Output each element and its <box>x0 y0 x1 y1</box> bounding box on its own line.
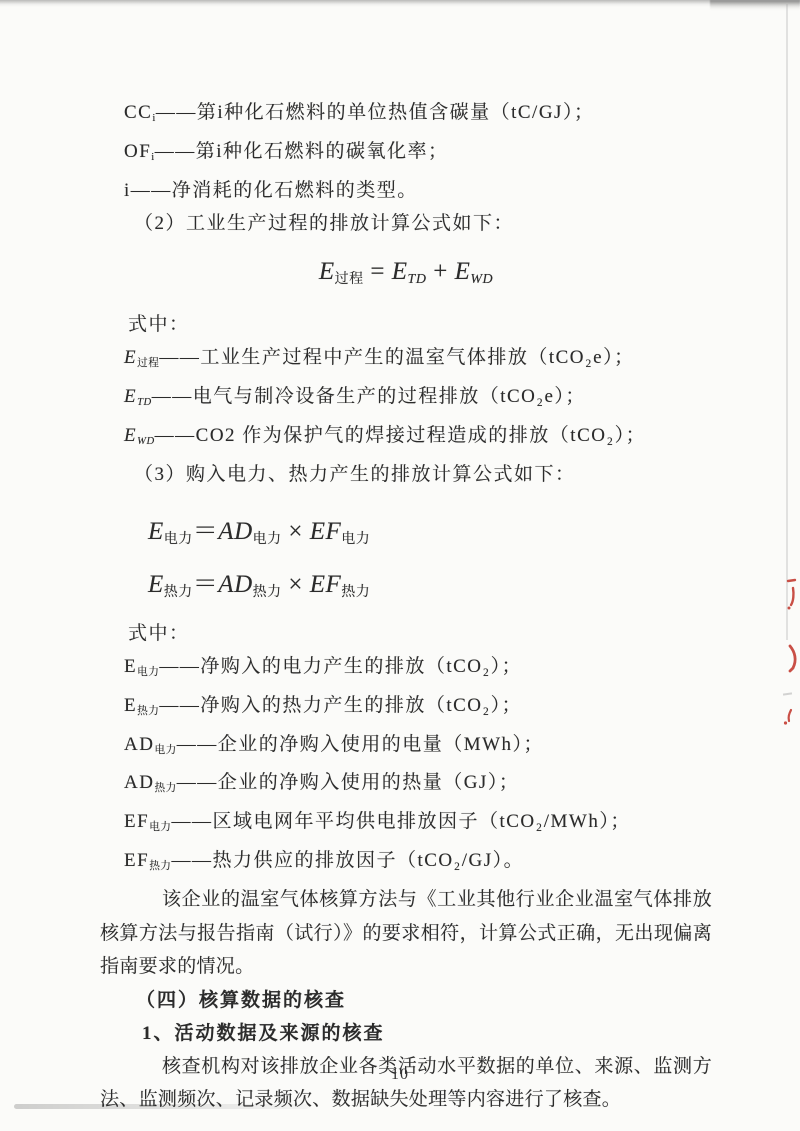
text-run: E <box>148 571 164 598</box>
subscript: 热力 <box>164 585 193 600</box>
text-run: （2）工业生产过程的排放计算公式如下： <box>134 213 514 234</box>
symbol-def-line: AD热力——企业的净购入使用的热量（GJ）； <box>100 766 712 805</box>
symbol-def-line: E热力——净购入的热力产生的排放（tCO₂）； <box>100 689 712 728</box>
text-run: i——净消耗的化石燃料的类型。 <box>124 180 418 201</box>
text-run: E <box>455 258 471 285</box>
text-run: EF <box>124 850 149 871</box>
symbol-def-line: AD电力——企业的净购入使用的电量（MWh）； <box>100 728 712 767</box>
text-run: 该企业的温室气体核算方法与《工业其他行业企业温室气体排放核算方法与报告指南（试行… <box>100 889 712 977</box>
subscript: WD <box>470 272 493 287</box>
text-run: ——第i种化石燃料的碳氧化率； <box>155 141 449 162</box>
subscript: 电力 <box>341 532 370 547</box>
symbol-def-line: ETD——电气与制冷设备生产的过程排放（tCO₂e）； <box>100 380 712 419</box>
red-ink-mark-icon <box>782 707 796 727</box>
heading1-line: （四）核算数据的核查 <box>100 984 712 1017</box>
text-run: E <box>124 386 137 407</box>
text-run: ——净购入的热力产生的排放（tCO₂）； <box>159 695 522 716</box>
red-ink-mark-icon <box>786 644 800 674</box>
text-run: AD <box>124 734 154 755</box>
subscript: 电力 <box>164 532 193 547</box>
text-run: E <box>124 347 137 368</box>
text-run: 式中： <box>128 314 190 335</box>
subscript: 热力 <box>341 585 370 600</box>
text-run: × <box>282 518 310 545</box>
symbol-def-line: CCi——第i种化石燃料的单位热值含碳量（tC/GJ）； <box>100 96 712 135</box>
scan-top-edge-shadow <box>0 0 800 7</box>
paragraph-line: 该企业的温室气体核算方法与《工业其他行业企业温室气体排放核算方法与报告指南（试行… <box>100 883 712 984</box>
document-body: CCi——第i种化石燃料的单位热值含碳量（tC/GJ）；OFi——第i种化石燃料… <box>100 96 712 1117</box>
symbol-def-line: EF电力——区域电网年平均供电排放因子（tCO₂/MWh）； <box>100 805 712 844</box>
scanned-document-page: CCi——第i种化石燃料的单位热值含碳量（tC/GJ）；OFi——第i种化石燃料… <box>0 0 800 1131</box>
text-run: （3）购入电力、热力产生的排放计算公式如下： <box>134 464 576 485</box>
symbol-def-line: E过程——工业生产过程中产生的温室气体排放（tCO₂e）； <box>100 341 712 380</box>
text-run: E <box>148 518 164 545</box>
symbol-def-line: OFi——第i种化石燃料的碳氧化率； <box>100 135 712 174</box>
text-run: （四）核算数据的核查 <box>136 990 346 1011</box>
subscript: TD <box>408 272 427 287</box>
text-run: ——工业生产过程中产生的温室气体排放（tCO₂e）； <box>159 347 634 368</box>
subscript: 热力 <box>253 585 282 600</box>
text-run: 1、活动数据及来源的核查 <box>142 1023 385 1044</box>
symbol-def-line: E电力——净购入的电力产生的排放（tCO₂）； <box>100 650 712 689</box>
scan-right-edge-line <box>786 4 788 640</box>
text-run: ——净购入的电力产生的排放（tCO₂）； <box>159 656 522 677</box>
section-num-line: （2）工业生产过程的排放计算公式如下： <box>100 207 712 240</box>
text-run: EF <box>310 518 342 545</box>
subscript: TD <box>137 397 152 408</box>
label-line: 式中： <box>100 308 712 341</box>
red-ink-mark-icon <box>785 577 799 613</box>
section-num-line: （3）购入电力、热力产生的排放计算公式如下： <box>100 458 712 491</box>
subscript: 过程 <box>335 272 364 287</box>
text-run: E <box>124 656 137 677</box>
symbol-def-line: EF热力——热力供应的排放因子（tCO₂/GJ）。 <box>100 844 712 883</box>
formula-left-1-line: E电力＝AD电力 × EF电力 <box>100 509 712 562</box>
formula-center-line: E过程 = ETD + EWD <box>100 250 712 302</box>
formula-left-2-line: E热力＝AD热力 × EF热力 <box>100 562 712 615</box>
text-run: = <box>364 258 392 285</box>
text-run: ——热力供应的排放因子（tCO₂/GJ）。 <box>171 850 524 871</box>
text-run: + <box>426 258 454 285</box>
text-run: EF <box>124 811 149 832</box>
text-run: E <box>319 258 335 285</box>
subscript: WD <box>137 436 155 447</box>
text-run: ＝ <box>193 571 219 598</box>
subscript: 电力 <box>154 744 176 755</box>
heading2-line: 1、活动数据及来源的核查 <box>100 1017 712 1050</box>
text-run: E <box>392 258 408 285</box>
page-number: 10 <box>0 1066 800 1084</box>
text-run: ——第i种化石燃料的单位热值含碳量（tC/GJ）； <box>156 102 595 123</box>
text-run: E <box>124 695 137 716</box>
text-run: EF <box>310 571 342 598</box>
subscript: 热力 <box>149 861 171 872</box>
text-run: CC <box>124 102 152 123</box>
label-line: 式中： <box>100 617 712 650</box>
text-run: ——区域电网年平均供电排放因子（tCO₂/MWh）； <box>171 811 630 832</box>
text-run: AD <box>218 518 252 545</box>
text-run: ——电气与制冷设备生产的过程排放（tCO₂e）； <box>152 386 586 407</box>
text-run: E <box>124 425 137 446</box>
scan-gray-dash <box>783 692 792 695</box>
text-run: AD <box>218 571 252 598</box>
text-run: ——企业的净购入使用的电量（MWh）； <box>177 734 544 755</box>
subscript: 电力 <box>253 532 282 547</box>
subscript: 过程 <box>137 358 159 369</box>
text-run: ＝ <box>193 518 219 545</box>
text-run: OF <box>124 141 151 162</box>
text-run: AD <box>124 772 154 793</box>
text-run: × <box>282 571 310 598</box>
text-run: ——企业的净购入使用的热量（GJ）； <box>177 772 520 793</box>
subscript: 热力 <box>137 706 159 717</box>
subscript: 热力 <box>154 783 176 794</box>
text-run: ——CO2 作为保护气的焊接过程造成的排放（tCO₂）； <box>155 425 646 446</box>
symbol-def-line: EWD——CO2 作为保护气的焊接过程造成的排放（tCO₂）； <box>100 419 712 458</box>
subscript: 电力 <box>137 667 159 678</box>
symbol-def-line: i——净消耗的化石燃料的类型。 <box>100 174 712 207</box>
text-run: 式中： <box>128 623 190 644</box>
subscript: 电力 <box>149 822 171 833</box>
